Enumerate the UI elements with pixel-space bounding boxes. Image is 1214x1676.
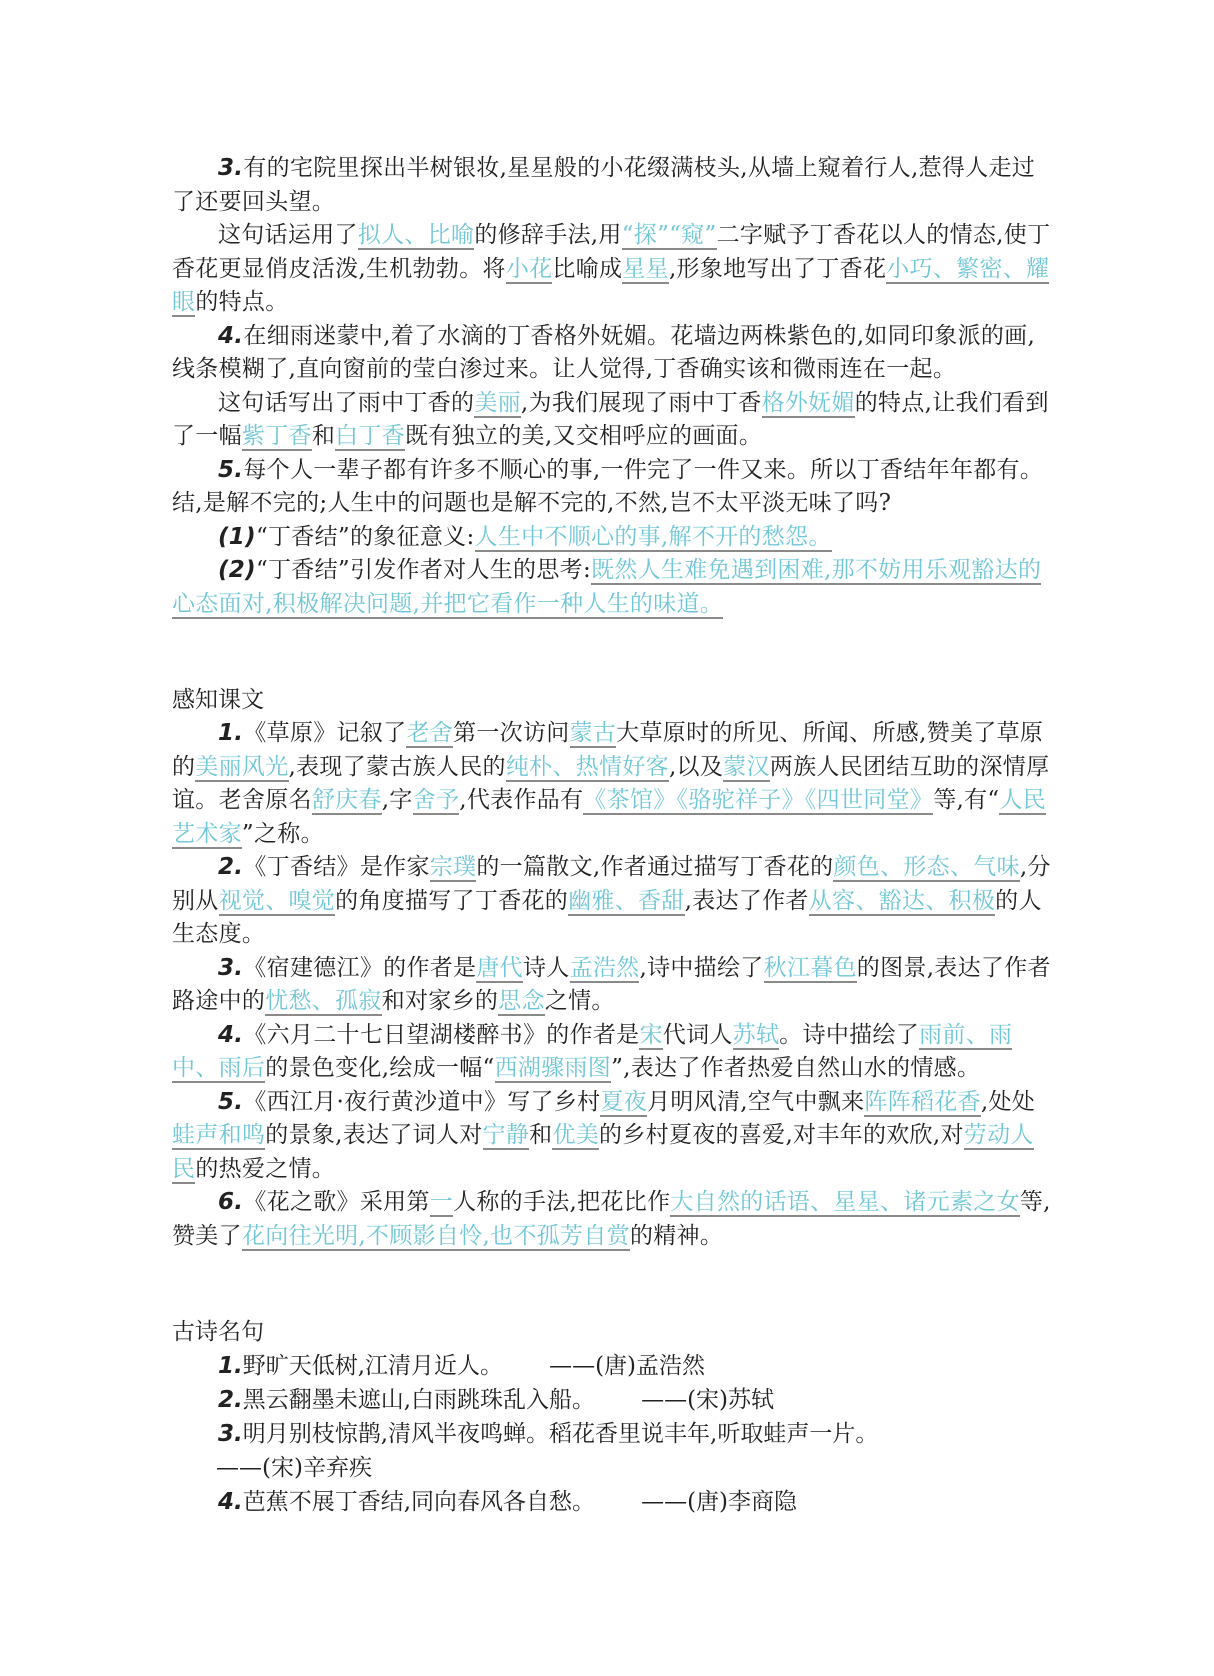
answer-fill: 秋江暮色 (764, 955, 857, 983)
item-number: 3. (218, 1421, 243, 1447)
answer-fill: 美丽风光 (195, 754, 288, 782)
text-segment: ,表达了作者 (685, 888, 809, 914)
text-segment: 的精神。 (630, 1223, 723, 1249)
section-classic-poems: 古诗名句 1.野旷天低树,江清月近人。——(唐)孟浩然2.黑云翻墨未遮山,白雨跳… (172, 1315, 1052, 1519)
text-segment: ”,表达了作者热爱自然山水的情感。 (611, 1055, 980, 1081)
text-segment: 每个人一辈子都有许多不顺心的事,一件完了一件又来。所以丁香结年年都有。结,是解不… (172, 457, 1043, 517)
answer-fill: 蛙声和鸣 (172, 1122, 265, 1150)
answer-fill: 小花 (506, 256, 553, 284)
paragraph: 这句话运用了拟人、比喻的修辞手法,用“探”“窥”二字赋予丁香花以人的情态,使丁香… (172, 219, 1052, 320)
item-number: 6. (218, 1189, 243, 1215)
paragraph: 6.《花之歌》采用第一人称的手法,把花比作大自然的话语、星星、诸元素之女等,赞美… (172, 1186, 1052, 1253)
text-segment: 的特点。 (195, 289, 288, 315)
text-segment: 的景象,表达了词人对 (265, 1122, 482, 1148)
text-segment: 和 (529, 1122, 552, 1148)
text-segment: 的乡村夏夜的喜爱,对丰年的欢欣,对 (599, 1122, 964, 1148)
quote-text: 野旷天低树,江清月近人。 (243, 1353, 503, 1379)
paragraph: 这句话写出了雨中丁香的美丽,为我们展现了雨中丁香格外妩媚的特点,让我们看到了一幅… (172, 387, 1052, 454)
paragraph: 3.有的宅院里探出半树银妆,星星般的小花缀满枝头,从墙上窥着行人,惹得人走过了还… (172, 152, 1052, 219)
answer-fill: 阵阵稻花香 (864, 1089, 981, 1117)
text-segment: 《西江月·夜行黄沙道中》写了乡村 (243, 1089, 600, 1115)
text-segment: 《六月二十七日望湖楼醉书》的作者是 (243, 1022, 639, 1048)
item-number: (1) (218, 524, 256, 550)
section-sentence-analysis: 3.有的宅院里探出半树银妆,星星般的小花缀满枝头,从墙上窥着行人,惹得人走过了还… (172, 152, 1052, 621)
text-segment: 《花之歌》采用第 (243, 1189, 429, 1215)
text-segment: 既有独立的美,又交相呼应的画面。 (405, 423, 762, 449)
answer-fill: 蒙汉 (723, 754, 770, 782)
answer-fill: 星星 (622, 256, 669, 284)
quote-text: 黑云翻墨未遮山,白雨跳珠乱入船。 (243, 1387, 595, 1413)
answer-fill: 苏轼 (733, 1022, 780, 1050)
answer-fill: 格外妩媚 (762, 390, 855, 418)
item-number: (2) (218, 557, 256, 583)
document-page: 3.有的宅院里探出半树银妆,星星般的小花缀满枝头,从墙上窥着行人,惹得人走过了还… (172, 152, 1052, 1519)
paragraph: 5.每个人一辈子都有许多不顺心的事,一件完了一件又来。所以丁香结年年都有。结,是… (172, 454, 1052, 521)
text-segment: 的景色变化,绘成一幅“ (265, 1055, 494, 1081)
item-number: 3. (218, 155, 243, 181)
item-number: 4. (218, 1022, 243, 1048)
text-segment: ”之称。 (242, 821, 324, 847)
answer-fill: 宋 (639, 1022, 662, 1050)
paragraph: (2)“丁香结”引发作者对人生的思考:既然人生难免遇到困难,那不妨用乐观豁达的心… (172, 554, 1052, 621)
item-number: 5. (218, 1089, 243, 1115)
answer-fill: 宁静 (483, 1122, 530, 1150)
text-segment: ,表现了蒙古族人民的 (289, 754, 506, 780)
poem-quote: 1.野旷天低树,江清月近人。——(唐)孟浩然 (172, 1349, 1052, 1383)
quote-attribution: ——(宋)苏轼 (641, 1387, 774, 1413)
item-number: 5. (218, 457, 243, 483)
answer-fill: 白丁香 (335, 423, 405, 451)
poem-quote: 2.黑云翻墨未遮山,白雨跳珠乱入船。——(宋)苏轼 (172, 1383, 1052, 1417)
answer-fill: 优美 (552, 1122, 599, 1150)
text-segment: 月明风清,空气中飘来 (647, 1089, 864, 1115)
answer-fill: 视觉、嗅觉 (219, 888, 336, 916)
text-segment: 《草原》记叙了 (243, 720, 406, 746)
answer-fill: 一 (430, 1189, 453, 1217)
item-number: 4. (218, 1489, 243, 1515)
answer-fill: 蒙古 (570, 720, 617, 748)
answer-fill: 思念 (498, 988, 545, 1016)
text-segment: ,代表作品有 (459, 787, 583, 813)
quote-attribution: ——(宋)辛弃疾 (216, 1455, 372, 1481)
item-number: 1. (218, 720, 243, 746)
answer-fill: 宗璞 (430, 854, 477, 882)
text-segment: 代词人 (663, 1022, 733, 1048)
text-segment: ,处处 (981, 1089, 1035, 1115)
text-segment: 和 (312, 423, 335, 449)
poem-attribution-line: ——(宋)辛弃疾 (172, 1451, 1052, 1485)
text-segment: 这句话写出了雨中丁香的 (218, 390, 474, 416)
text-segment: 之情。 (545, 988, 615, 1014)
item-number: 2. (218, 1387, 243, 1413)
section-perceive-text: 感知课文 1.《草原》记叙了老舍第一次访问蒙古大草原时的所见、所闻、所感,赞美了… (172, 683, 1052, 1253)
paragraph: 3.《宿建德江》的作者是唐代诗人孟浩然,诗中描绘了秋江暮色的图景,表达了作者路途… (172, 952, 1052, 1019)
answer-fill: 幽雅、香甜 (568, 888, 685, 916)
text-segment: 。诗中描绘了 (779, 1022, 919, 1048)
text-segment: ,诗中描绘了 (639, 955, 763, 981)
answer-fill: 从容、豁达、积极 (809, 888, 995, 916)
paragraph: 2.《丁香结》是作家宗璞的一篇散文,作者通过描写丁香花的颜色、形态、气味,分别从… (172, 851, 1052, 952)
answer-fill: 唐代 (476, 955, 523, 983)
item-number: 4. (218, 323, 243, 349)
quote-attribution: ——(唐)李商隐 (641, 1489, 797, 1515)
text-segment: 等,有“ (933, 787, 999, 813)
paragraph: 4.在细雨迷蒙中,着了水滴的丁香格外妩媚。花墙边两株紫色的,如同印象派的画,线条… (172, 320, 1052, 387)
item-number: 1. (218, 1353, 243, 1379)
answer-fill: 老舍 (406, 720, 453, 748)
section-title: 感知课文 (172, 683, 1052, 717)
answer-fill: 紫丁香 (242, 423, 312, 451)
paragraph: 1.《草原》记叙了老舍第一次访问蒙古大草原时的所见、所闻、所感,赞美了草原的美丽… (172, 717, 1052, 851)
quote-text: 明月别枝惊鹊,清风半夜鸣蝉。稻花香里说丰年,听取蛙声一片。 (243, 1421, 879, 1447)
paragraph: 5.《西江月·夜行黄沙道中》写了乡村夏夜月明风清,空气中飘来阵阵稻花香,处处蛙声… (172, 1086, 1052, 1187)
text-segment: ,以及 (669, 754, 723, 780)
poem-quote: 4.芭蕉不展丁香结,同向春风各自愁。——(唐)李商隐 (172, 1485, 1052, 1519)
text-segment: ,为我们展现了雨中丁香 (521, 390, 762, 416)
text-segment: 比喻成 (552, 256, 622, 282)
section-title: 古诗名句 (172, 1315, 1052, 1349)
text-segment: 在细雨迷蒙中,着了水滴的丁香格外妩媚。花墙边两株紫色的,如同印象派的画,线条模糊… (172, 323, 1035, 383)
answer-fill: 《茶馆》《骆驼祥子》《四世同堂》 (583, 787, 933, 815)
text-segment: 《丁香结》是作家 (243, 854, 429, 880)
answer-fill: 忧愁、孤寂 (265, 988, 382, 1016)
text-segment: 这句话运用了 (218, 222, 358, 248)
text-segment: 的一篇散文,作者通过描写丁香花的 (476, 854, 833, 880)
text-segment: 有的宅院里探出半树银妆,星星般的小花缀满枝头,从墙上窥着行人,惹得人走过了还要回… (172, 155, 1035, 215)
answer-fill: 美丽 (474, 390, 521, 418)
text-segment: ,字 (382, 787, 413, 813)
text-segment: 诗人 (523, 955, 570, 981)
answer-fill: “探”“窥” (622, 222, 717, 250)
answer-fill: 夏夜 (600, 1089, 647, 1117)
answer-fill: 舒庆春 (312, 787, 382, 815)
answer-fill: 人生中不顺心的事,解不开的愁怨。 (475, 524, 832, 552)
text-segment: 的热爱之情。 (195, 1156, 335, 1182)
text-segment: 人称的手法,把花比作 (453, 1189, 670, 1215)
answer-fill: 颜色、形态、气味 (833, 854, 1019, 882)
answer-fill: 舍予 (413, 787, 460, 815)
item-number: 3. (218, 955, 243, 981)
answer-fill: 西湖骤雨图 (495, 1055, 612, 1083)
item-number: 2. (218, 854, 243, 880)
text-segment: “丁香结”的象征意义: (256, 524, 475, 550)
text-segment: 和对家乡的 (382, 988, 499, 1014)
paragraph: (1)“丁香结”的象征意义:人生中不顺心的事,解不开的愁怨。 (172, 521, 1052, 555)
text-segment: 的角度描写了丁香花的 (335, 888, 568, 914)
answer-fill: 大自然的话语、星星、诸元素之女 (670, 1189, 1020, 1217)
answer-fill: 拟人、比喻 (358, 222, 475, 250)
answer-fill: 花向往光明,不顾影自怜,也不孤芳自赏 (242, 1223, 630, 1251)
answer-fill: 孟浩然 (570, 955, 640, 983)
quote-text: 芭蕉不展丁香结,同向春风各自愁。 (243, 1489, 595, 1515)
text-segment: 的修辞手法,用 (474, 222, 621, 248)
text-segment: “丁香结”引发作者对人生的思考: (256, 557, 591, 583)
text-segment: ,形象地写出了丁香花 (669, 256, 886, 282)
text-segment: 《宿建德江》的作者是 (243, 955, 476, 981)
answer-fill: 纯朴、热情好客 (506, 754, 669, 782)
text-segment: 第一次访问 (453, 720, 570, 746)
paragraph: 4.《六月二十七日望湖楼醉书》的作者是宋代词人苏轼。诗中描绘了雨前、雨中、雨后的… (172, 1019, 1052, 1086)
quote-attribution: ——(唐)孟浩然 (549, 1353, 705, 1379)
poem-quote: 3.明月别枝惊鹊,清风半夜鸣蝉。稻花香里说丰年,听取蛙声一片。 (172, 1417, 1052, 1451)
